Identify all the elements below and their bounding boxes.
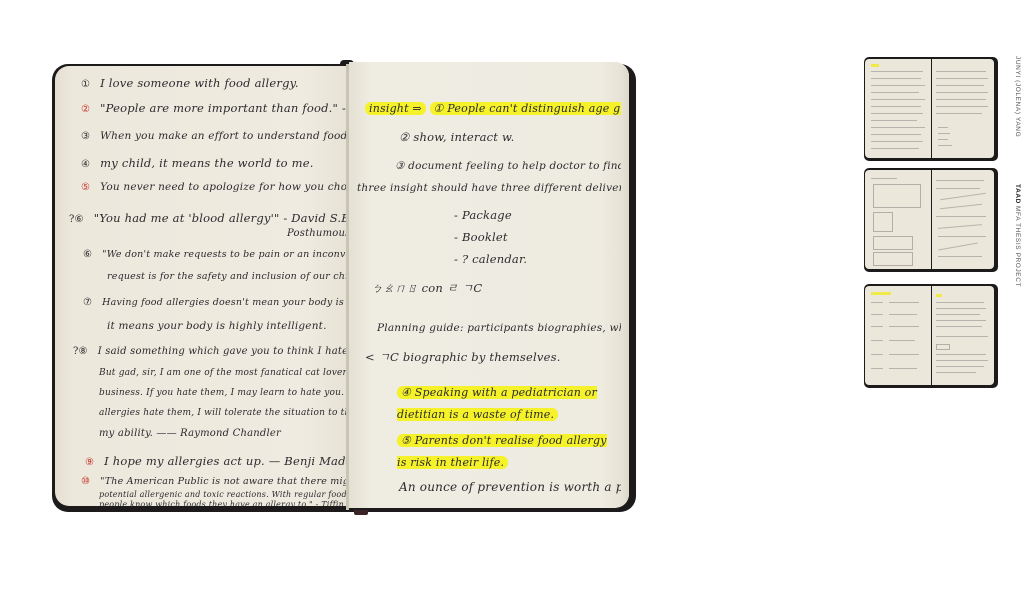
note-line: ③ document feeling to help doctor to fin… [395, 160, 629, 172]
right-page: insight ⇒ ① People can't distinguish age… [349, 62, 629, 508]
thumb-right-page [932, 286, 994, 385]
note-line: ⑩"The American Public is not aware that … [81, 476, 348, 487]
bookmark-ribbon [354, 510, 368, 515]
note-line: But gad, sir, I am one of the most fanat… [99, 368, 348, 378]
note-line: - ? calendar. [454, 252, 527, 266]
note-line: ⑨I hope my allergies act up. — Benji Mad… [85, 454, 348, 468]
note-line: allergies hate them, I will tolerate the… [99, 408, 348, 418]
note-line: ⑤You never need to apologize for how you… [81, 181, 348, 193]
note-line: potential allergenic and toxic reactions… [99, 490, 348, 499]
note-line: business. If you hate them, I may learn … [99, 388, 348, 398]
note-line: ⑥"We don't make requests to be pain or a… [83, 249, 348, 260]
note-line: ③When you make an effort to understand f… [81, 130, 348, 142]
author-credit: JUNYI (JOLENA) YANG [1014, 56, 1021, 137]
main-notebook-image: ①I love someone with food allergy. ②"Peo… [52, 60, 636, 512]
note-line: ②"People are more important than food." … [81, 101, 348, 115]
note-line: ㄅㄠㄇㄖ con ㄹ ㄱC [371, 280, 482, 296]
thumb-left-page [865, 59, 931, 158]
note-line: ⑦Having food allergies doesn't mean your… [83, 297, 348, 308]
note-line: three insight should have three differen… [357, 182, 629, 194]
note-line: - Booklet [454, 230, 508, 244]
insight-heading: insight ⇒ ① People can't distinguish age… [365, 102, 629, 115]
project-title: MFA THESIS PROJECT [1014, 206, 1021, 287]
note-line: Planning guide: participants biographies… [377, 322, 629, 334]
thumb-left-page [865, 286, 931, 385]
thumbnail-3[interactable] [864, 284, 998, 388]
note-line: ④my child, it means the world to me. [81, 156, 314, 170]
thumb-right-page [932, 170, 994, 269]
note-line: ?⑧I said something which gave you to thi… [73, 346, 348, 357]
project-code: TAAD [1014, 184, 1021, 204]
note-line: people know which foods they have an all… [99, 500, 344, 506]
highlight-insight-4: ④ Speaking with a pediatrician or dietit… [397, 382, 617, 426]
highlight-insight-5: ⑤ Parents don't realise food allergy is … [397, 430, 617, 474]
note-line: request is for the safety and inclusion … [107, 271, 348, 282]
note-line: ①I love someone with food allergy. [81, 76, 299, 90]
closing-quote: An ounce of prevention is worth a pound … [399, 480, 629, 494]
note-line: - Package [454, 208, 512, 222]
note-line: ?⑥"You had me at 'blood allergy'" - Davi… [69, 211, 348, 225]
note-line: it means your body is highly intelligent… [107, 320, 327, 332]
thumbnail-1[interactable] [864, 57, 998, 161]
note-line: Posthumous [287, 228, 348, 239]
note-line: < ㄱC biographic by themselves. [365, 349, 561, 365]
note-line: my ability. —— Raymond Chandler [99, 428, 281, 439]
left-page: ①I love someone with food allergy. ②"Peo… [55, 66, 348, 506]
note-line: ② show, interact w. [399, 130, 515, 144]
thumbnail-2[interactable] [864, 168, 998, 272]
thumb-right-page [932, 59, 994, 158]
thumb-left-page [865, 170, 931, 269]
